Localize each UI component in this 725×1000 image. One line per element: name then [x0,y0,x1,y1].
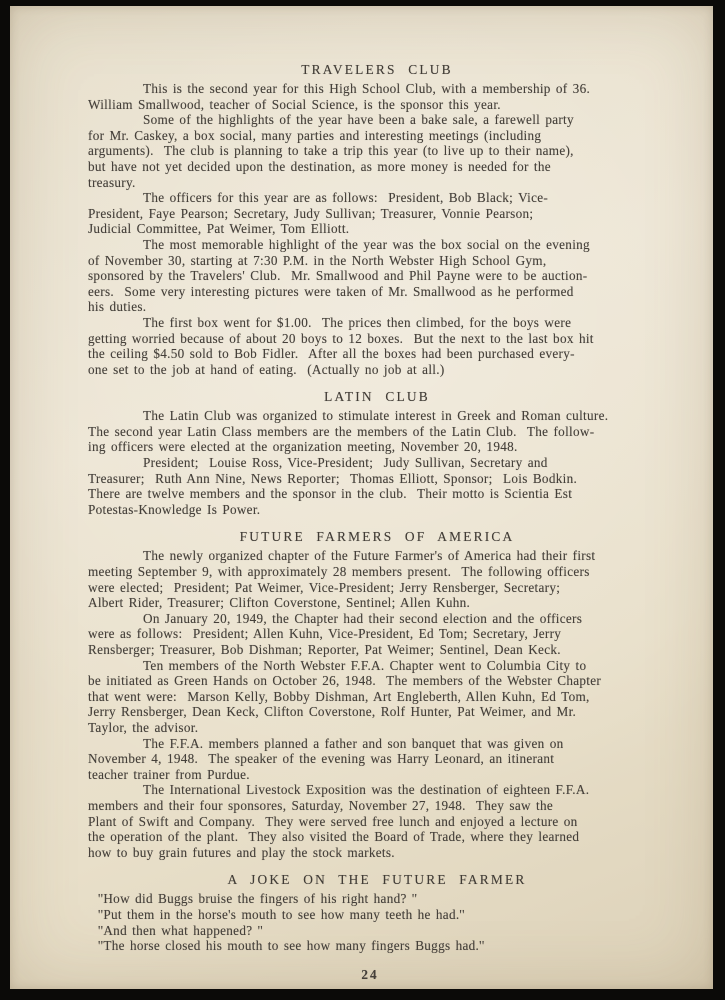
section-title-future-farmers: FUTURE FARMERS OF AMERICA [88,529,666,545]
section-title-latin-club: LATIN CLUB [88,389,666,405]
yearbook-page: TRAVELERS CLUB This is the second year f… [10,6,713,989]
travelers-club-paragraph: The most memorable highlight of the year… [88,237,666,315]
future-farmers-paragraph: The F.F.A. members planned a father and … [88,736,666,783]
page-content: TRAVELERS CLUB This is the second year f… [88,62,666,982]
travelers-club-paragraph: The officers for this year are as follow… [88,190,666,237]
travelers-club-paragraph: Some of the highlights of the year have … [88,112,666,190]
section-title-travelers-club: TRAVELERS CLUB [88,62,666,78]
latin-club-paragraph: The Latin Club was organized to stimulat… [88,408,666,455]
future-farmers-paragraph: Ten members of the North Webster F.F.A. … [88,658,666,736]
scanned-page-frame: TRAVELERS CLUB This is the second year f… [0,0,725,1000]
latin-club-paragraph: President; Louise Ross, Vice-President; … [88,455,666,517]
future-farmers-paragraph: On January 20, 1949, the Chapter had the… [88,611,666,658]
joke-lines: ''How did Buggs bruise the fingers of hi… [88,891,666,953]
travelers-club-paragraph: This is the second year for this High Sc… [88,81,666,112]
future-farmers-paragraph: The International Livestock Exposition w… [88,782,666,860]
future-farmers-paragraph: The newly organized chapter of the Futur… [88,548,666,610]
travelers-club-paragraph: The first box went for $1.00. The prices… [88,315,666,377]
section-title-joke: A JOKE ON THE FUTURE FARMER [88,872,666,888]
page-number: 24 [88,967,666,983]
